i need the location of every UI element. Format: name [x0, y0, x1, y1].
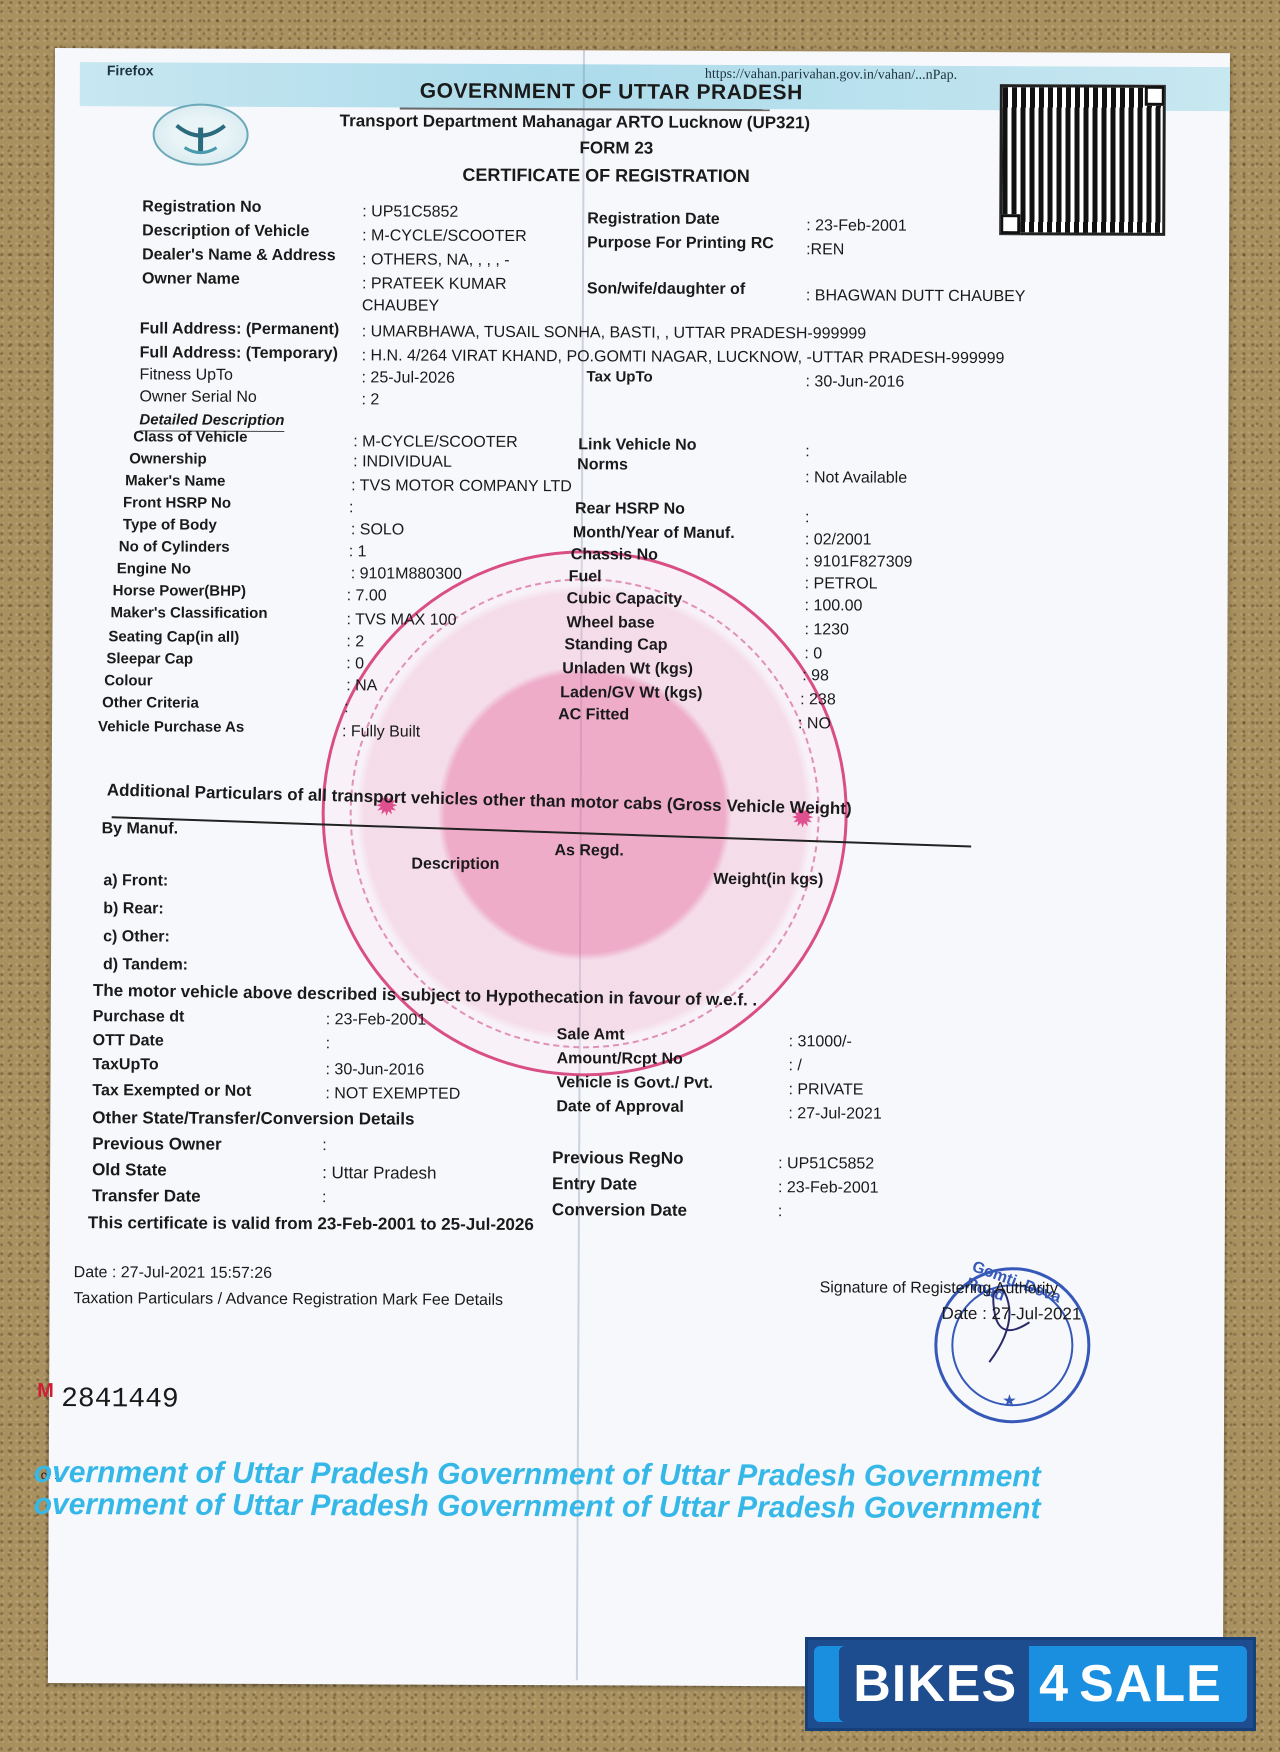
field-label: Date of Approval — [556, 1098, 683, 1117]
purchase-date: : 23-Feb-2001 — [326, 1011, 427, 1029]
entry-date: : 23-Feb-2001 — [778, 1179, 879, 1197]
serial-number: 2841449 — [61, 1384, 179, 1416]
details-right-column — [55, 48, 1230, 53]
receipt-no: : / — [789, 1057, 802, 1075]
field-value: : PETROL — [805, 575, 878, 593]
description-col: Description — [411, 856, 499, 874]
field-label: Horse Power(BHP) — [113, 582, 246, 600]
field-label: Registration No — [142, 198, 261, 217]
field-value: : 9101F827309 — [805, 553, 913, 571]
field-label: Laden/GV Wt (kgs) — [560, 684, 702, 703]
field-value: : — [805, 443, 810, 461]
taxation-details: Taxation Particulars / Advance Registrat… — [74, 1290, 504, 1310]
field-label: Full Address: (Temporary) — [140, 344, 338, 363]
bikes4sale-logo: BIKES 4 SALE — [805, 1637, 1256, 1731]
transfer-heading: Other State/Transfer/Conversion Details — [92, 1108, 414, 1129]
field-label: Purchase dt — [93, 1008, 185, 1026]
field-value: : 7.00 — [347, 587, 387, 605]
validity-text: This certificate is valid from 23-Feb-20… — [88, 1213, 534, 1235]
field-label: TaxUpTo — [93, 1056, 159, 1074]
dealer-address: : OTHERS, NA, , , , - — [362, 251, 510, 270]
field-label: Son/wife/daughter of — [587, 280, 745, 299]
vehicle-description: : M-CYCLE/SCOOTER — [362, 227, 527, 246]
field-label: Type of Body — [123, 516, 217, 533]
field-label: Month/Year of Manuf. — [573, 524, 735, 543]
field-value: : 02/2001 — [805, 531, 872, 549]
tax-upto-2: : 30-Jun-2016 — [326, 1061, 425, 1079]
title-underline — [400, 108, 770, 112]
field-value: : Fully Built — [342, 723, 420, 741]
field-value: : TVS MAX 100 — [346, 611, 456, 629]
registration-certificate: Firefox https://vahan.parivahan.gov.in/v… — [48, 48, 1230, 1688]
field-label: Class of Vehicle — [133, 428, 247, 445]
field-value: : 1230 — [804, 621, 849, 639]
axle-front: a) Front: — [103, 872, 168, 890]
field-value: : 0 — [346, 655, 364, 673]
field-label: Rear HSRP No — [575, 500, 685, 518]
up-emblem-icon — [152, 103, 248, 165]
field-value: : 98 — [802, 667, 829, 685]
signature-label: Signature of Registering Authority — [820, 1279, 1058, 1298]
tax-upto: : 30-Jun-2016 — [806, 373, 905, 391]
government-title: GOVERNMENT OF UTTAR PRADESH — [420, 80, 803, 106]
permanent-address: : UMARBHAWA, TUSAIL SONHA, BASTI, , UTTA… — [362, 323, 866, 343]
details-left-column — [55, 48, 1230, 53]
by-manuf: By Manuf. — [102, 820, 179, 838]
field-label: Maker's Name — [125, 472, 225, 489]
field-label: Chassis No — [571, 546, 658, 564]
tax-exempted: : NOT EXEMPTED — [325, 1085, 460, 1104]
owner-name: : PRATEEK KUMAR — [362, 275, 507, 294]
field-label: Owner Serial No — [139, 388, 256, 407]
field-label: Registration Date — [587, 210, 720, 229]
field-label: Sleepar Cap — [106, 650, 193, 667]
previous-owner: : — [322, 1137, 327, 1155]
field-label: Link Vehicle No — [578, 436, 696, 455]
field-label: Purpose For Printing RC — [587, 234, 774, 253]
field-label: Standing Cap — [564, 636, 667, 654]
owner-name-cont: CHAUBEY — [362, 297, 439, 315]
field-label: Ownership — [129, 450, 207, 467]
field-label: Tax UpTo — [587, 368, 653, 385]
field-label: Engine No — [117, 560, 191, 577]
field-value: : SOLO — [351, 521, 404, 539]
field-label: Description of Vehicle — [142, 222, 309, 241]
qr-code-icon — [999, 84, 1166, 236]
field-value: : NO — [798, 715, 831, 733]
field-value: : — [344, 699, 349, 717]
field-label: Seating Cap(in all) — [108, 628, 239, 646]
field-label: Fuel — [569, 568, 602, 586]
field-label: Dealer's Name & Address — [142, 246, 336, 265]
field-value: : INDIVIDUAL — [353, 453, 452, 471]
weight-col: Weight(in kgs) — [713, 871, 823, 889]
field-label: Entry Date — [552, 1174, 637, 1194]
field-label: Tax Exempted or Not — [92, 1082, 251, 1101]
document-title: CERTIFICATE OF REGISTRATION — [462, 165, 749, 187]
print-date: Date : 27-Jul-2021 15:57:26 — [74, 1264, 272, 1283]
axle-other: c) Other: — [103, 928, 170, 946]
ott-date: : — [326, 1035, 331, 1053]
field-label: Vehicle Purchase As — [98, 718, 244, 736]
registration-no: : UP51C5852 — [362, 203, 458, 221]
approval-date: : 27-Jul-2021 — [788, 1105, 881, 1123]
field-label: Owner Name — [142, 270, 240, 288]
field-label: Front HSRP No — [123, 494, 231, 511]
field-value: : Not Available — [805, 469, 907, 487]
field-value: : 100.00 — [805, 597, 863, 615]
field-value: : TVS MOTOR COMPANY LTD — [351, 477, 572, 496]
signature-date: Date : 27-Jul-2021 — [941, 1304, 1081, 1325]
field-label: Full Address: (Permanent) — [140, 320, 340, 339]
relation-name: : BHAGWAN DUTT CHAUBEY — [806, 287, 1026, 306]
field-label: Norms — [577, 456, 628, 474]
field-label: Conversion Date — [552, 1200, 687, 1221]
field-label: OTT Date — [93, 1032, 164, 1050]
field-label: Previous RegNo — [552, 1148, 683, 1169]
registration-date: : 23-Feb-2001 — [806, 217, 907, 235]
form-number: FORM 23 — [580, 138, 654, 158]
temporary-address: : H.N. 4/264 VIRAT KHAND, PO.GOMTI NAGAR… — [362, 347, 1005, 368]
field-label: Transfer Date — [92, 1186, 201, 1206]
field-value: : 238 — [800, 691, 836, 709]
axle-rear: b) Rear: — [103, 900, 164, 918]
browser-name: Firefox — [107, 62, 154, 78]
sale-amount: : 31000/- — [789, 1033, 852, 1051]
field-value: : 1 — [349, 543, 367, 561]
field-label: AC Fitted — [558, 706, 629, 724]
conversion-date: : — [778, 1203, 783, 1221]
field-value: : 2 — [346, 633, 364, 651]
field-value: : M-CYCLE/SCOOTER — [353, 433, 518, 452]
field-label: Old State — [92, 1160, 167, 1180]
transfer-date: : — [322, 1189, 327, 1207]
field-label: Colour — [104, 672, 152, 689]
field-value: : 0 — [804, 645, 822, 663]
serial-prefix: M — [37, 1380, 54, 1403]
axle-tandem: d) Tandem: — [103, 956, 188, 974]
field-label: Other Criteria — [102, 694, 199, 711]
department-title: Transport Department Mahanagar ARTO Luck… — [340, 111, 811, 133]
field-label: No of Cylinders — [119, 538, 230, 555]
field-value: : 9101M880300 — [351, 565, 462, 583]
field-label: Previous Owner — [92, 1134, 222, 1155]
fitness-upto: : 25-Jul-2026 — [362, 369, 455, 387]
field-value: : — [805, 509, 810, 527]
field-label: Cubic Capacity — [567, 590, 683, 609]
purpose-printing: :REN — [806, 241, 844, 259]
field-label: Vehicle is Govt./ Pvt. — [556, 1074, 713, 1093]
previous-regno: : UP51C5852 — [778, 1155, 874, 1173]
field-label: Amount/Rcpt No — [557, 1050, 683, 1069]
security-watermark: overnment of Uttar Pradesh Government of… — [34, 1488, 1041, 1526]
field-label: Wheel base — [566, 614, 654, 632]
field-label: Sale Amt — [557, 1026, 625, 1044]
field-value: : — [349, 499, 354, 517]
field-label: Maker's Classification — [110, 604, 267, 622]
field-label: Fitness UpTo — [140, 366, 233, 384]
field-value: : NA — [346, 677, 377, 695]
old-state: : Uttar Pradesh — [322, 1163, 436, 1183]
owner-serial: : 2 — [361, 391, 379, 409]
as-regd: As Regd. — [554, 842, 623, 860]
govt-private: : PRIVATE — [788, 1081, 863, 1099]
field-label: Unladen Wt (kgs) — [562, 660, 693, 679]
